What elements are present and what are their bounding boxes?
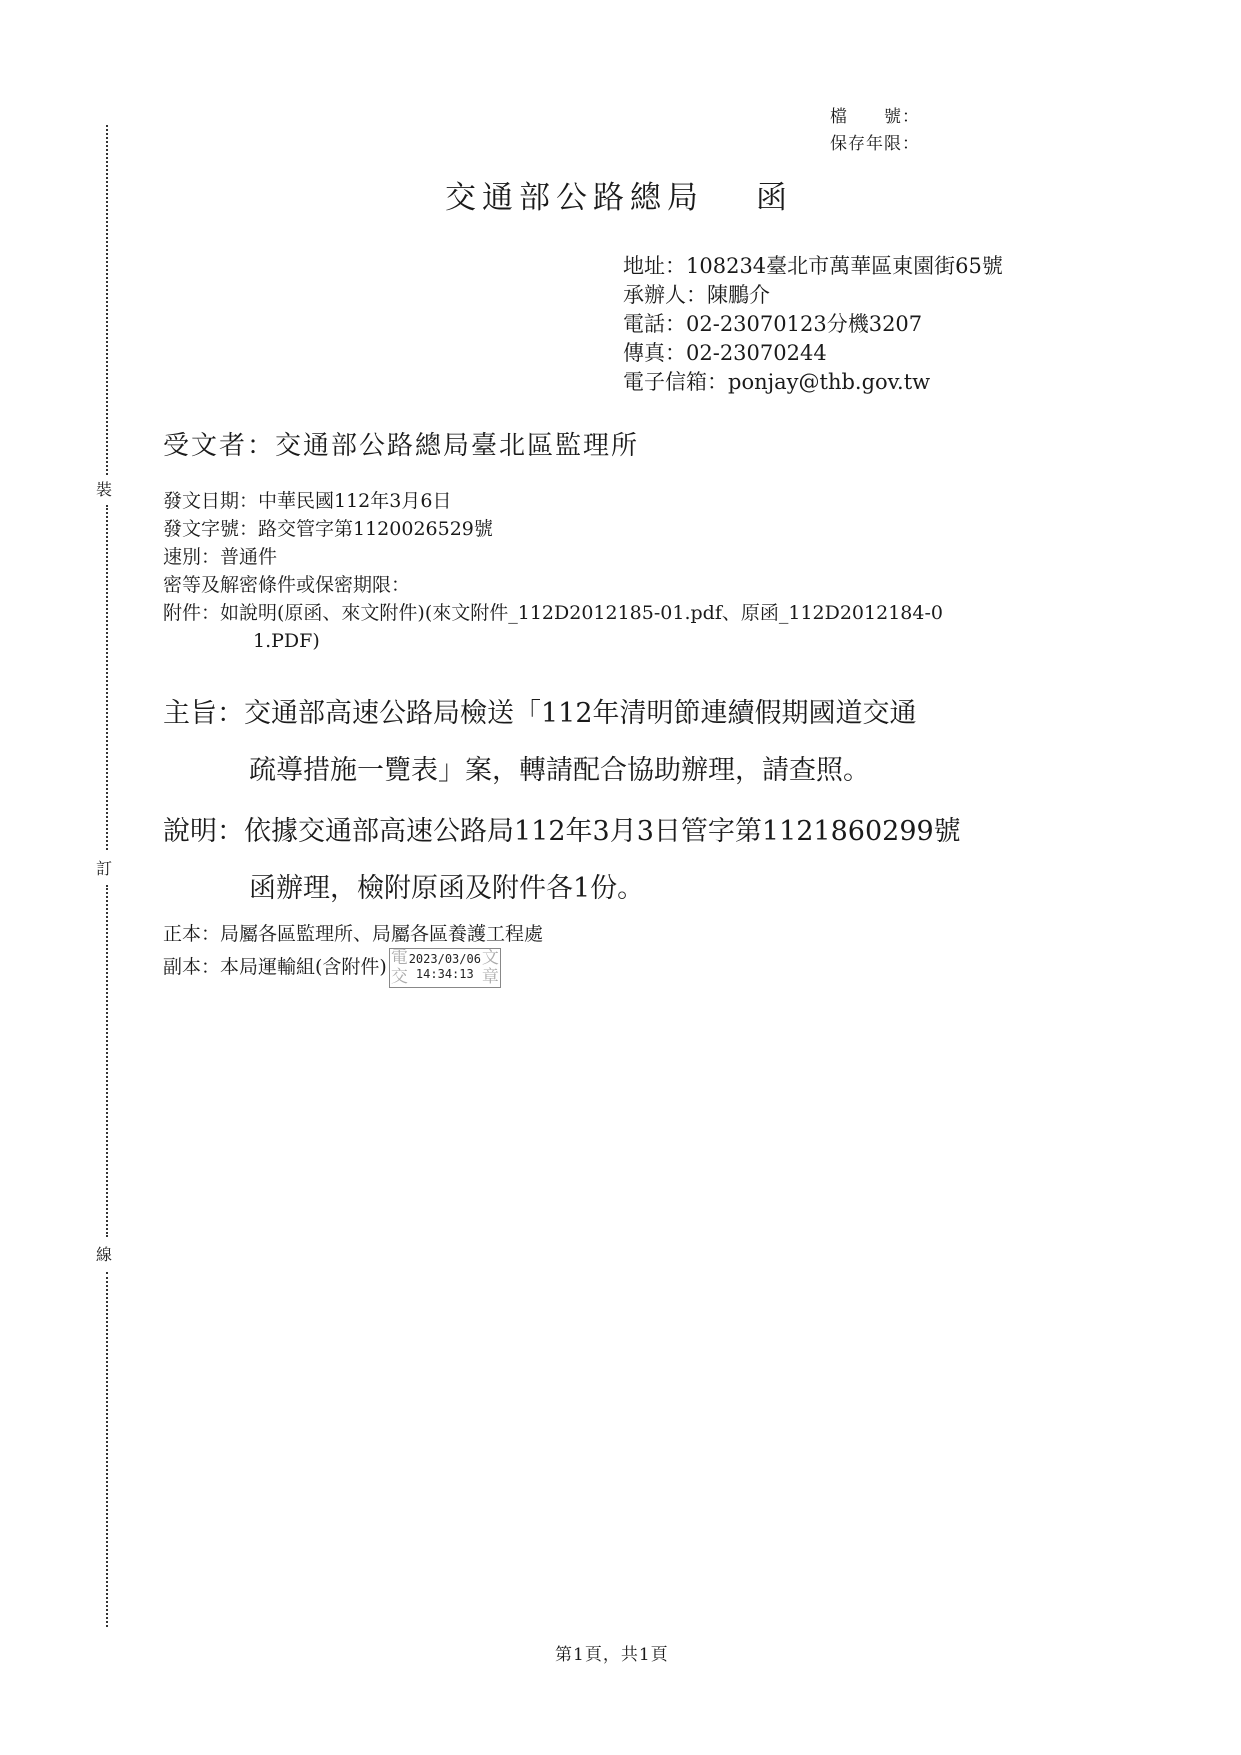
explanation: 說明：依據交通部高速公路局112年3月3日管字第1121860299號 函辦理，… [163,803,961,917]
binding-label-ding: 訂 [96,856,112,879]
binding-line-lower [106,885,108,1237]
distribution: 正本：局屬各區監理所、局屬各區養護工程處 副本：本局運輸組(含附件) 電 交 文… [163,920,543,988]
retention-label: 保存年限： [830,131,920,158]
page-number: 第1頁，共1頁 [555,1640,669,1665]
copy-recipients-row: 副本：本局運輸組(含附件) 電 交 文 章 2023/03/06 14:34:1… [163,948,543,988]
security-level: 密等及解密條件或保密期限： [163,571,943,599]
email: 電子信箱：ponjay@thb.gov.tw [623,368,1003,397]
delivery-speed: 速別：普通件 [163,543,943,571]
copy-recipients: 副本：本局運輸組(含附件) [163,956,387,978]
binding-line-bottom [106,1272,108,1627]
agency-name: 交通部公路總局 [445,180,704,216]
stamp-time: 14:34:13 [390,967,500,982]
subject-line-1: 主旨：交通部高速公路局檢送「112年清明節連續假期國道交通 [163,685,917,742]
explanation-line-1: 說明：依據交通部高速公路局112年3月3日管字第1121860299號 [163,803,961,860]
explanation-line-2: 函辦理，檢附原函及附件各1份。 [163,860,961,917]
binding-label-zhuang: 裝 [96,477,112,500]
document-number: 發文字號：路交管字第1120026529號 [163,515,943,543]
address: 地址：108234臺北市萬華區東園街65號 [623,252,1003,281]
binding-line-top [106,125,108,475]
document-type: 函 [756,180,793,216]
file-number-label: 檔 號： [830,104,920,131]
subject-line-2: 疏導措施一覽表」案，轉請配合協助辦理，請查照。 [163,742,917,799]
phone: 電話：02-23070123分機3207 [623,310,1003,339]
subject: 主旨：交通部高速公路局檢送「112年清明節連續假期國道交通 疏導措施一覽表」案，… [163,685,917,799]
original-recipients: 正本：局屬各區監理所、局屬各區養護工程處 [163,920,543,948]
attachment-line-2: 1.PDF) [163,627,943,655]
binding-label-xian: 線 [96,1242,112,1265]
document-meta: 發文日期：中華民國112年3月6日 發文字號：路交管字第1120026529號 … [163,487,943,655]
file-info: 檔 號： 保存年限： [830,104,920,158]
handler: 承辦人：陳鵬介 [623,281,1003,310]
contact-block: 地址：108234臺北市萬華區東園街65號 承辦人：陳鵬介 電話：02-2307… [623,252,1003,397]
fax: 傳真：02-23070244 [623,339,1003,368]
binding-line-upper [106,505,108,850]
attachment-line-1: 附件：如說明(原函、來文附件)(來文附件_112D2012185-01.pdf、… [163,599,943,627]
stamp-date: 2023/03/06 [390,952,500,967]
electronic-exchange-stamp: 電 交 文 章 2023/03/06 14:34:13 [389,948,501,988]
document-title: 交通部公路總局函 [445,172,793,217]
recipient: 受文者：交通部公路總局臺北區監理所 [163,425,639,462]
issue-date: 發文日期：中華民國112年3月6日 [163,487,943,515]
